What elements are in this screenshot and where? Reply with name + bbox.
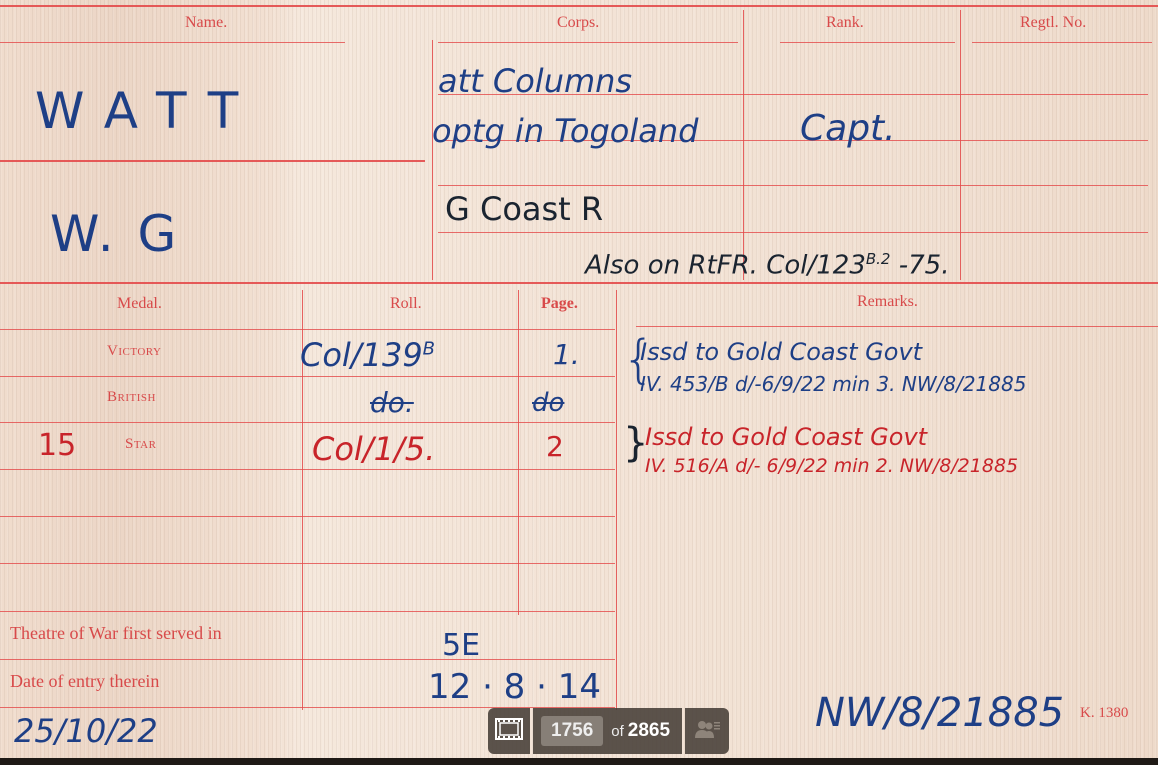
- rule: [518, 290, 519, 615]
- rule: [438, 185, 1148, 186]
- bottom-date: 25/10/22: [14, 712, 158, 750]
- page-star: 2: [546, 430, 564, 463]
- rule: [438, 232, 1148, 233]
- rule: [432, 40, 433, 280]
- corps-line-1: att Columns: [438, 62, 632, 100]
- remark-1-line-1: Issd to Gold Coast Govt: [640, 338, 922, 366]
- corps-line-2: optg in Togoland: [432, 112, 698, 150]
- file-reference: NW/8/21885: [815, 690, 1064, 736]
- medal-british-label: British: [107, 389, 156, 406]
- people-button[interactable]: [685, 708, 729, 754]
- remark-1-line-2: IV. 453/B d/-6/9/22 min 3. NW/8/21885: [640, 372, 1026, 396]
- medal-index-card: Name. Corps. Rank. Regtl. No. WATT W. G …: [0, 0, 1158, 765]
- rule: [0, 611, 615, 612]
- surname: WATT: [35, 82, 260, 140]
- current-page-input[interactable]: 1756: [541, 716, 603, 746]
- remark-2-line-1: Issd to Gold Coast Govt: [645, 423, 927, 451]
- medal-victory-label: Victory: [107, 343, 161, 360]
- page-counter: 1756 of 2865: [533, 708, 682, 754]
- rule: [0, 469, 615, 470]
- filmstrip-button[interactable]: [488, 708, 530, 754]
- medal-star-label: Star: [125, 436, 156, 453]
- also-on-sup: B.2: [866, 250, 891, 268]
- rule: [972, 42, 1152, 43]
- header-corps: Corps.: [557, 14, 599, 32]
- rule: [0, 376, 615, 377]
- rule: [636, 326, 1158, 327]
- rule: [0, 516, 615, 517]
- date-entry-value: 12 · 8 · 14: [428, 667, 601, 707]
- page-victory: 1.: [553, 338, 580, 371]
- header-rank: Rank.: [826, 14, 864, 32]
- header-remarks: Remarks.: [857, 293, 918, 311]
- rule: [780, 42, 955, 43]
- rule: [438, 42, 738, 43]
- page-british: do: [532, 388, 564, 418]
- total-pages: 2865: [628, 720, 670, 742]
- also-on-note: Also on RtFR. Col/123B.2 -75.: [585, 250, 949, 281]
- initials: W. G: [50, 205, 180, 263]
- date-entry-label: Date of entry therein: [10, 671, 159, 692]
- rule: [0, 563, 615, 564]
- rule: [743, 10, 744, 280]
- rule: [0, 329, 615, 330]
- rule: [0, 5, 1158, 7]
- rule: [0, 42, 345, 43]
- rule: [0, 659, 615, 660]
- roll-victory-text: Col/139: [300, 336, 423, 374]
- header-regtl-no: Regtl. No.: [1020, 14, 1086, 32]
- remark-2-line-2: IV. 516/A d/- 6/9/22 min 2. NW/8/21885: [645, 455, 1018, 477]
- of-label: of: [611, 723, 624, 740]
- rule: [0, 282, 1158, 284]
- roll-british: do.: [370, 386, 414, 419]
- roll-victory: Col/139B: [300, 336, 435, 374]
- theatre-value: 5E: [442, 628, 480, 663]
- form-number: K. 1380: [1080, 705, 1128, 722]
- header-medal: Medal.: [117, 295, 162, 313]
- rule: [960, 10, 961, 280]
- rule: [0, 160, 425, 162]
- rule: [616, 290, 617, 710]
- header-roll: Roll.: [390, 295, 422, 313]
- header-name: Name.: [185, 14, 227, 32]
- also-on-text: Also on RtFR. Col/123: [585, 251, 866, 281]
- also-on-page: -75.: [899, 251, 950, 281]
- corps-line-3: G Coast R: [445, 190, 603, 228]
- star-prefix: 15: [38, 428, 76, 463]
- theatre-label: Theatre of War first served in: [10, 623, 222, 644]
- rule: [0, 422, 615, 423]
- rank-value: Capt.: [800, 108, 896, 149]
- roll-victory-sup: B: [423, 338, 435, 359]
- card-bottom-edge: [0, 758, 1158, 765]
- roll-star: Col/1/5.: [312, 430, 435, 468]
- filmstrip-icon: [495, 718, 523, 745]
- header-page: Page.: [541, 295, 578, 313]
- image-viewer-toolbar: 1756 of 2865: [488, 708, 729, 754]
- people-icon: [693, 718, 721, 745]
